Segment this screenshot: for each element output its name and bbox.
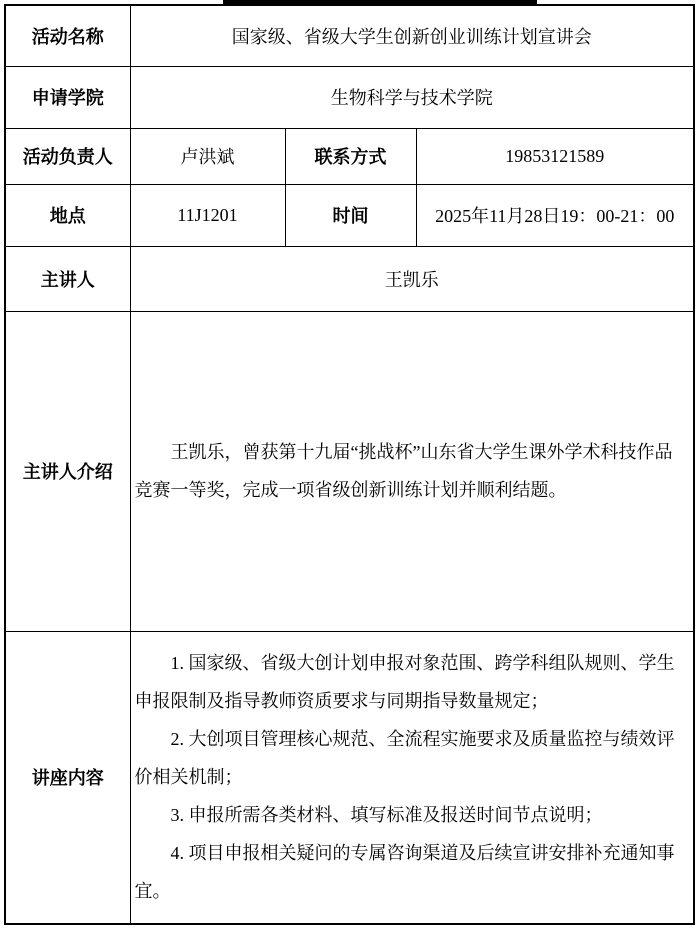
value-lecture-content: 1. 国家级、省级大创计划申报对象范围、跨学科组队规则、学生申报限制及指导教师资…: [130, 631, 694, 924]
row-lecture-content: 讲座内容 1. 国家级、省级大创计划申报对象范围、跨学科组队规则、学生申报限制及…: [5, 631, 694, 924]
label-activity-leader: 活动负责人: [5, 128, 130, 184]
row-speaker-introduction: 主讲人介绍 王凯乐，曾获第十九届“挑战杯”山东省大学生课外学术科技作品竞赛一等奖…: [5, 311, 694, 631]
value-activity-name: 国家级、省级大学生创新创业训练计划宣讲会: [130, 5, 694, 66]
label-activity-name: 活动名称: [5, 5, 130, 66]
lecture-content-item: 3. 申报所需各类材料、填写标准及报送时间节点说明；: [135, 796, 690, 834]
value-contact-method: 19853121589: [416, 128, 694, 184]
label-location: 地点: [5, 184, 130, 246]
value-speaker: 王凯乐: [130, 246, 694, 311]
label-contact-method: 联系方式: [285, 128, 416, 184]
lecture-content-item: 1. 国家级、省级大创计划申报对象范围、跨学科组队规则、学生申报限制及指导教师资…: [135, 644, 690, 720]
value-time: 2025年11月28日19：00-21：00: [416, 184, 694, 246]
lecture-content-item: 2. 大创项目管理核心规范、全流程实施要求及质量监控与绩效评价相关机制；: [135, 720, 690, 796]
row-applying-college: 申请学院 生物科学与技术学院: [5, 66, 694, 128]
activity-application-table: 活动名称 国家级、省级大学生创新创业训练计划宣讲会 申请学院 生物科学与技术学院…: [4, 4, 695, 925]
label-speaker: 主讲人: [5, 246, 130, 311]
row-activity-name: 活动名称 国家级、省级大学生创新创业训练计划宣讲会: [5, 5, 694, 66]
label-lecture-content: 讲座内容: [5, 631, 130, 924]
label-applying-college: 申请学院: [5, 66, 130, 128]
document-page: 活动名称 国家级、省级大学生创新创业训练计划宣讲会 申请学院 生物科学与技术学院…: [0, 0, 698, 932]
row-place-time: 地点 11J1201 时间 2025年11月28日19：00-21：00: [5, 184, 694, 246]
value-location: 11J1201: [130, 184, 285, 246]
lecture-content-item: 4. 项目申报相关疑问的专属咨询渠道及后续宣讲安排补充通知事宜。: [135, 834, 690, 910]
row-leader-contact: 活动负责人 卢洪斌 联系方式 19853121589: [5, 128, 694, 184]
value-applying-college: 生物科学与技术学院: [130, 66, 694, 128]
label-time: 时间: [285, 184, 416, 246]
speaker-introduction-paragraph: 王凯乐，曾获第十九届“挑战杯”山东省大学生课外学术科技作品竞赛一等奖，完成一项省…: [135, 433, 690, 509]
value-speaker-introduction: 王凯乐，曾获第十九届“挑战杯”山东省大学生课外学术科技作品竞赛一等奖，完成一项省…: [130, 311, 694, 631]
value-activity-leader: 卢洪斌: [130, 128, 285, 184]
label-speaker-introduction: 主讲人介绍: [5, 311, 130, 631]
row-speaker: 主讲人 王凯乐: [5, 246, 694, 311]
